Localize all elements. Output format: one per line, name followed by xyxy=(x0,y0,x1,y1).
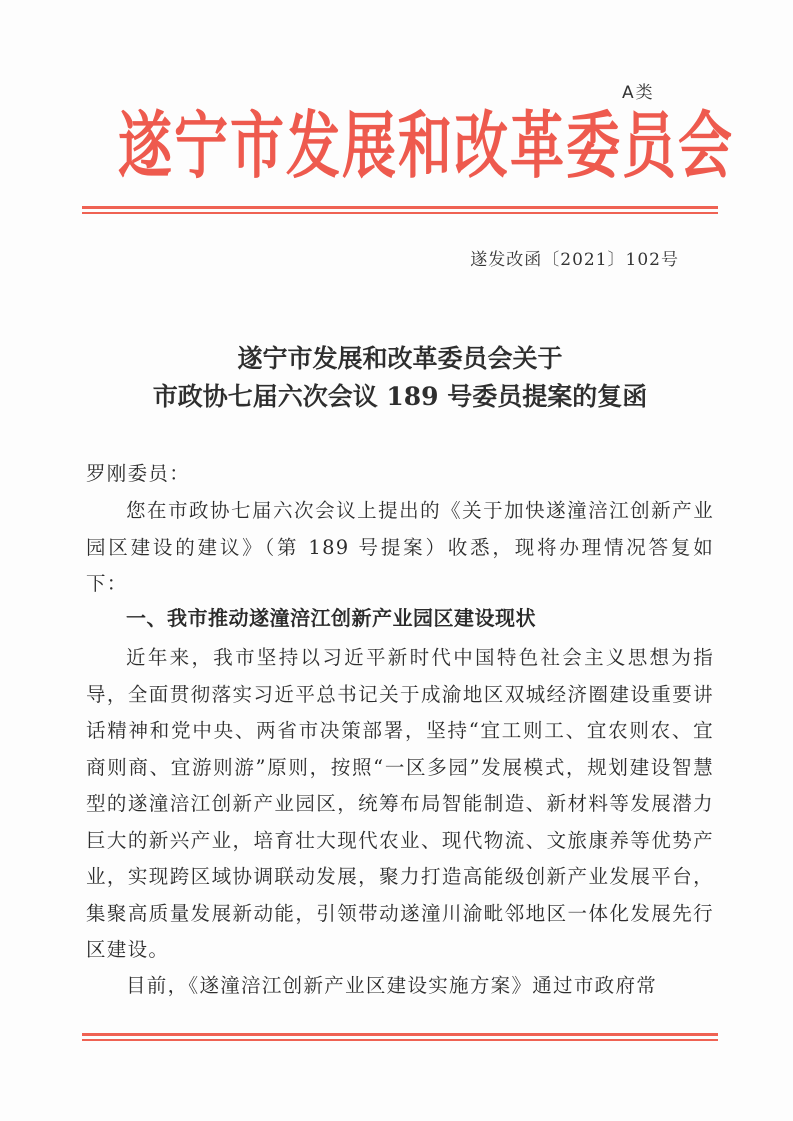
section-heading-1: 一、我市推动遂潼涪江创新产业园区建设现状 xyxy=(126,602,536,631)
document-page: A类 遂宁市发展和改革委员会 遂发改函〔2021〕102号 遂宁市发展和改革委员… xyxy=(0,0,793,1121)
document-number: 遂发改函〔2021〕102号 xyxy=(470,245,679,270)
paragraph-intro: 您在市政协七届六次会议上提出的《关于加快遂潼涪江创新产业园区建设的建议》（第 1… xyxy=(86,493,714,603)
divider-thin-line xyxy=(82,1039,718,1041)
salutation: 罗刚委员： xyxy=(86,456,714,493)
divider-thin-line xyxy=(82,212,718,214)
masthead-title: 遂宁市发展和改革委员会 xyxy=(118,110,678,183)
document-title: 遂宁市发展和改革委员会关于 市政协七届六次会议 189 号委员提案的复函 xyxy=(80,340,720,416)
title-line-1: 遂宁市发展和改革委员会关于 xyxy=(80,340,720,378)
masthead-divider xyxy=(82,206,718,214)
classification-label: A类 xyxy=(622,78,655,103)
paragraph-status: 近年来，我市坚持以习近平新时代中国特色社会主义思想为指导，全面贯彻落实习近平总书… xyxy=(86,640,714,969)
paragraph-current: 目前，《遂潼涪江创新产业区建设实施方案》通过市政府常 xyxy=(86,968,714,1005)
footer-divider xyxy=(82,1033,718,1041)
title-line-2: 市政协七届六次会议 189 号委员提案的复函 xyxy=(80,378,720,416)
